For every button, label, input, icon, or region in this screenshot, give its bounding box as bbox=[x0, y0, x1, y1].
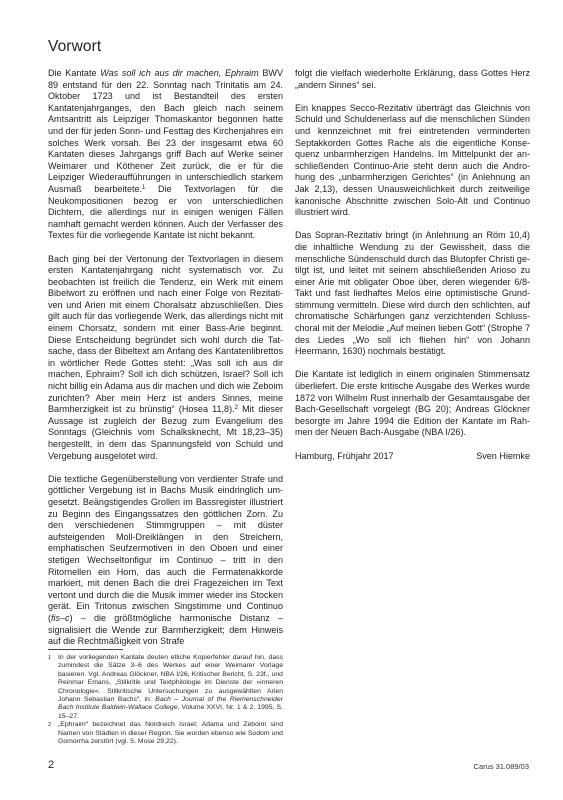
footnote-divider bbox=[48, 649, 123, 650]
footnote-number: 2 bbox=[48, 721, 51, 729]
footnote-1: 1In der vorliegenden Kantate deuten etli… bbox=[48, 654, 283, 721]
interval-italic: fis–c bbox=[51, 613, 70, 623]
text-run: Die Kantate bbox=[48, 68, 100, 78]
catalog-number: Carus 31.089/03 bbox=[474, 762, 529, 771]
page-title: Vorwort bbox=[48, 38, 101, 56]
footnotes: 1In der vorliegenden Kantate deuten etli… bbox=[48, 654, 283, 746]
paragraph-intro: Die Kantate Was soll ich aus dir machen,… bbox=[48, 68, 283, 242]
text-run: BWV 89 entstand für den 22. Sonntag nach… bbox=[48, 68, 283, 194]
paragraph-sources: Die Kantate ist lediglich in einem origi… bbox=[295, 369, 530, 439]
signature-place-date: Hamburg, Frühjahr 2017 bbox=[295, 451, 394, 463]
text-run: „Ephraim“ bezeichnet das Nordreich Israe… bbox=[58, 721, 283, 745]
paragraph-continuation: folgt die vielfach wiederholte Erklärung… bbox=[295, 68, 530, 91]
text-run: Bach ging bei der Vertonung der Textvorl… bbox=[48, 254, 283, 415]
text-run: Die textliche Gegenüberstellung von verd… bbox=[48, 474, 283, 623]
paragraph-music-analysis: Die textliche Gegenüberstellung von verd… bbox=[48, 474, 283, 648]
right-column: folgt die vielfach wiederholte Erklärung… bbox=[295, 68, 530, 462]
left-column: Die Kantate Was soll ich aus dir machen,… bbox=[48, 68, 283, 659]
work-title: Was soll ich aus dir machen, Ephraim bbox=[100, 68, 258, 78]
text-run: ) – die größtmögliche har­monische Dista… bbox=[48, 613, 283, 646]
paragraph-recitative-aria: Ein knappes Secco-Rezitativ überträgt da… bbox=[295, 103, 530, 219]
page-number: 2 bbox=[48, 759, 54, 771]
paragraph-soprano-recitative: Das Sopran-Rezitativ bringt (in Anlehnun… bbox=[295, 230, 530, 358]
footnote-2: 2„Ephraim“ bezeichnet das Nordreich Isra… bbox=[48, 721, 283, 746]
signature: Hamburg, Frühjahr 2017 Sven Hiemke bbox=[295, 451, 530, 463]
signature-author: Sven Hiemke bbox=[476, 451, 530, 463]
footnote-number: 1 bbox=[48, 654, 51, 662]
paragraph-text-setting: Bach ging bei der Vertonung der Textvorl… bbox=[48, 254, 283, 463]
